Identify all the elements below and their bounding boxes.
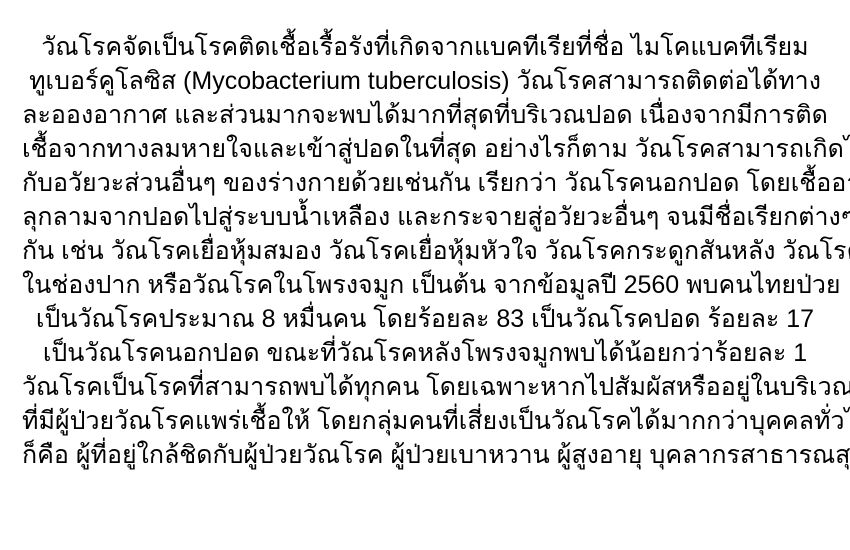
text-line: เป็นวัณโรคประมาณ 8 หมื่นคน โดยร้อยละ 83 … [22, 302, 828, 336]
text-line: ละอองอากาศ และส่วนมากจะพบได้มากที่สุดที่… [22, 98, 828, 132]
text-line: วัณโรคจัดเป็นโรคติดเชื้อเรื้อรังที่เกิดจ… [22, 30, 828, 64]
text-line: กับอวัยวะส่วนอื่นๆ ของร่างกายด้วยเช่นกัน… [22, 166, 828, 200]
text-line: ลุกลามจากปอดไปสู่ระบบน้ำเหลือง และกระจาย… [22, 200, 828, 234]
text-line: วัณโรคเป็นโรคที่สามารถพบได้ทุกคน โดยเฉพา… [22, 370, 828, 404]
document-page: วัณโรคจัดเป็นโรคติดเชื้อเรื้อรังที่เกิดจ… [0, 0, 850, 550]
text-line: ทูเบอร์คูโลซิส (Mycobacterium tuberculos… [22, 64, 828, 98]
text-line: กัน เช่น วัณโรคเยื่อหุ้มสมอง วัณโรคเยื่อ… [22, 234, 828, 268]
text-line: เป็นวัณโรคนอกปอด ขณะที่วัณโรคหลังโพรงจมู… [22, 336, 828, 370]
text-line: เชื้อจากทางลมหายใจและเข้าสู่ปอดในที่สุด … [22, 132, 828, 166]
text-line: ก็คือ ผู้ที่อยู่ใกล้ชิดกับผู้ป่วยวัณโรค … [22, 438, 828, 472]
tuberculosis-article-text: วัณโรคจัดเป็นโรคติดเชื้อเรื้อรังที่เกิดจ… [22, 30, 828, 472]
text-line: ในช่องปาก หรือวัณโรคในโพรงจมูก เป็นต้น จ… [22, 268, 828, 302]
text-line: ที่มีผู้ป่วยวัณโรคแพร่เชื้อให้ โดยกลุ่มค… [22, 404, 828, 438]
